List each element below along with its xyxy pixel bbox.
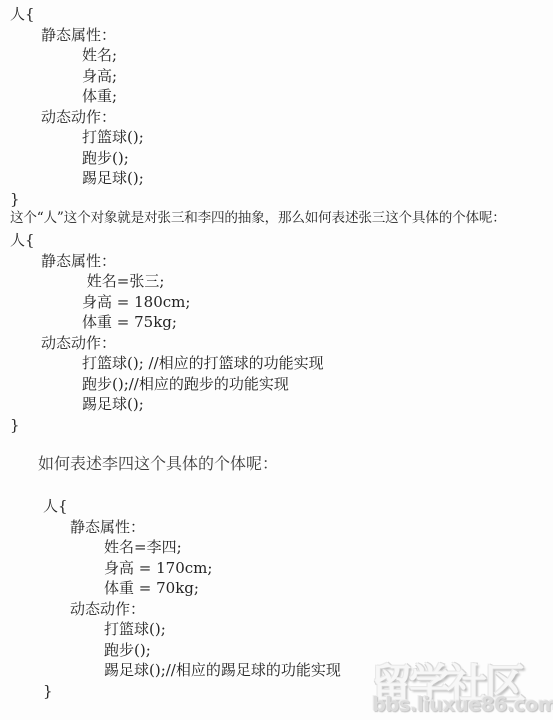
code-line: 跑步();//相应的跑步的功能实现 — [0, 374, 553, 395]
code-line: 跑步(); — [0, 640, 553, 661]
code-line: 身高 = 180cm; — [0, 292, 553, 313]
code-line: 踢足球(); — [0, 168, 553, 189]
code-line: 体重; — [0, 86, 553, 107]
document-page: 人{ 静态属性： 姓名; 身高; 体重; 动态动作： 打篮球(); 跑步(); … — [0, 0, 553, 720]
code-line: 体重 = 75kg; — [0, 312, 553, 333]
code-line: } — [0, 189, 553, 210]
code-line: 动态动作： — [0, 599, 553, 620]
code-line: } — [0, 415, 553, 436]
code-line: 静态属性： — [0, 517, 553, 538]
code-line: 动态动作： — [0, 107, 553, 128]
code-block-person-abstract: 人{ 静态属性： 姓名; 身高; 体重; 动态动作： 打篮球(); 跑步(); … — [0, 4, 553, 209]
code-line: } — [0, 681, 553, 702]
code-line: 人{ — [0, 230, 553, 251]
code-line: 打篮球(); //相应的打篮球的功能实现 — [0, 353, 553, 374]
code-line: 姓名=张三; — [0, 271, 553, 292]
code-block-zhangsan-instance: 人{ 静态属性： 姓名=张三; 身高 = 180cm; 体重 = 75kg; 动… — [0, 230, 553, 435]
code-line: 身高 = 170cm; — [0, 558, 553, 579]
question-heading: 如何表述李四这个具体的个体呢： — [0, 453, 278, 475]
code-line: 动态动作： — [0, 333, 553, 354]
code-line: 人{ — [0, 4, 553, 25]
code-line: 打篮球(); — [0, 619, 553, 640]
code-line: 踢足球();//相应的踢足球的功能实现 — [0, 660, 553, 681]
code-line: 人{ — [0, 496, 553, 517]
code-line: 跑步(); — [0, 148, 553, 169]
code-line: 踢足球(); — [0, 394, 553, 415]
paragraph-text: 这个“人”这个对象就是对张三和李四的抽象，那么如何表述张三这个具体的个体呢： — [0, 208, 553, 229]
code-line: 姓名=李四; — [0, 537, 553, 558]
code-line: 身高; — [0, 66, 553, 87]
code-line: 打篮球(); — [0, 127, 553, 148]
code-line: 体重 = 70kg; — [0, 578, 553, 599]
code-line: 静态属性： — [0, 25, 553, 46]
code-line: 姓名; — [0, 45, 553, 66]
code-block-lisi-instance: 人{ 静态属性： 姓名=李四; 身高 = 170cm; 体重 = 70kg; 动… — [0, 496, 553, 701]
code-line: 静态属性： — [0, 251, 553, 272]
